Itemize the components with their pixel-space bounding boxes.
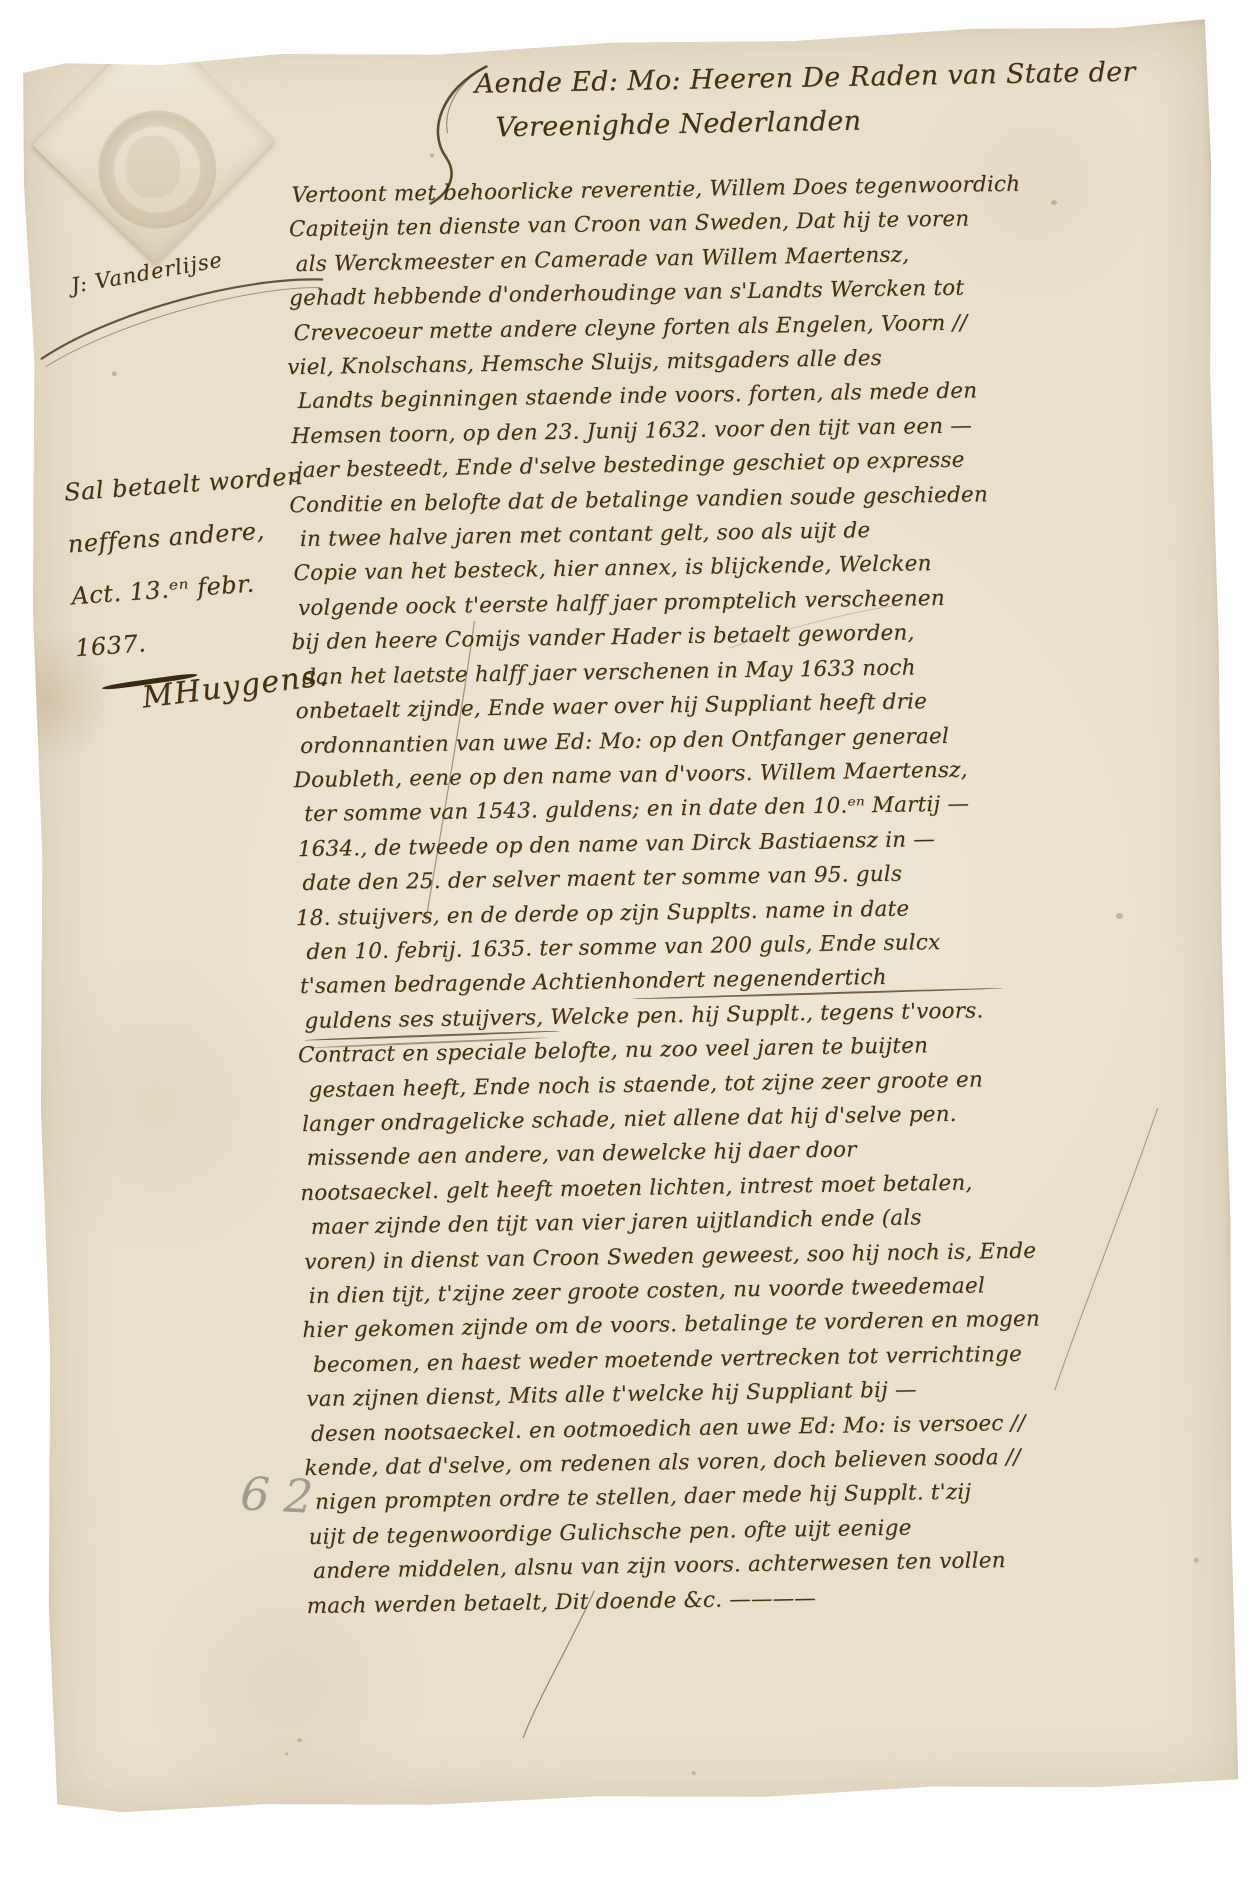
foxing-speck: [1051, 200, 1057, 205]
manuscript-page: Aende Ed: Mo: Heeren De Raden van State …: [18, 19, 1242, 1819]
photo-backdrop: Aende Ed: Mo: Heeren De Raden van State …: [0, 0, 1256, 1890]
payment-note-lines: Sal betaelt wordenneffens andere,Act. 13…: [62, 450, 315, 674]
foxing-speck: [112, 371, 117, 376]
foxing-speck: [1116, 913, 1123, 919]
payment-marginal-note: Sal betaelt wordenneffens andere,Act. 13…: [62, 450, 315, 674]
petition-lines: Vertoont met behoorlicke reverentie, Wil…: [288, 168, 1053, 1625]
petition-body: Vertoont met behoorlicke reverentie, Wil…: [288, 168, 1053, 1625]
foxing-speck: [1194, 1558, 1199, 1563]
address-header: Aende Ed: Mo: Heeren De Raden van State …: [416, 47, 1196, 61]
foxing-speck: [297, 1738, 302, 1742]
foxing-speck: [692, 1771, 696, 1775]
foxing-speck: [430, 153, 434, 157]
header-line-2: Vereenighde Nederlanden: [495, 106, 861, 144]
header-line-1: Aende Ed: Mo: Heeren De Raden van State …: [474, 57, 1136, 100]
foxing-speck: [285, 1752, 288, 1755]
